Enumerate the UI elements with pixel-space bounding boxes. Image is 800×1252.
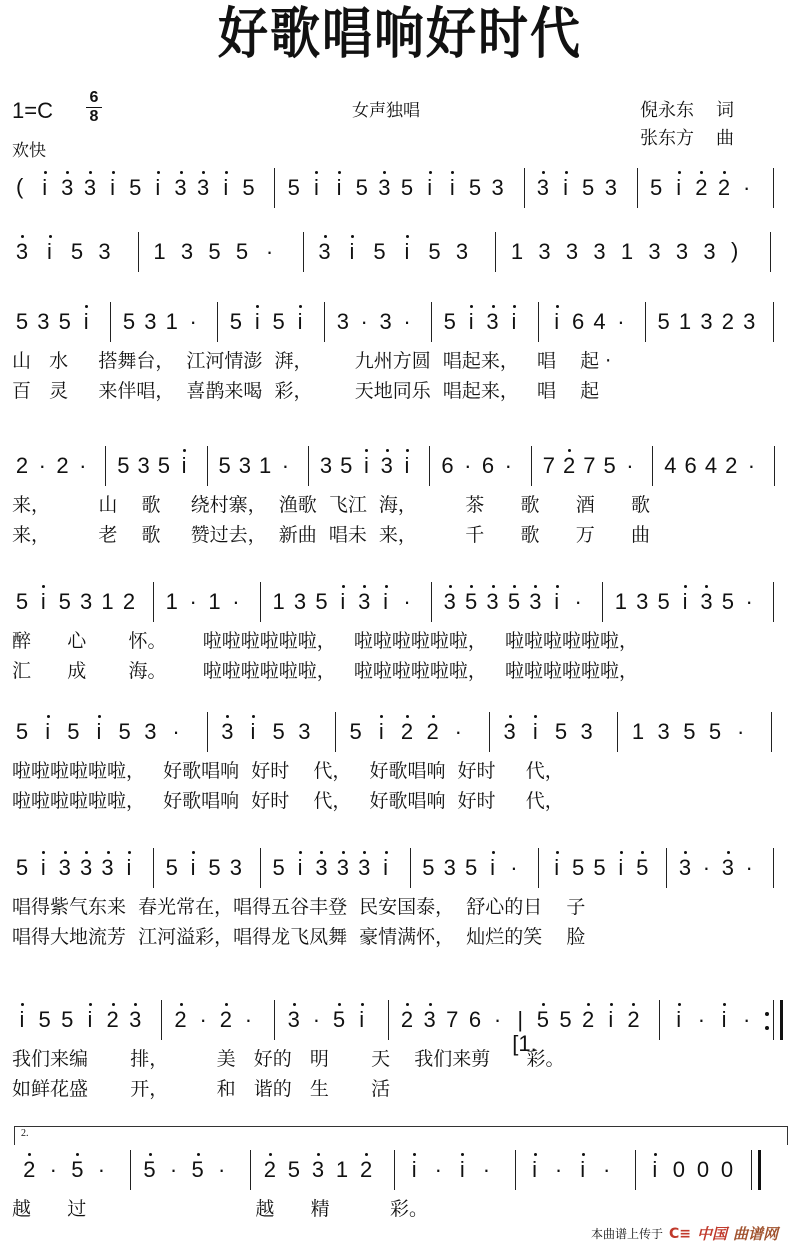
note: 5 <box>117 720 133 744</box>
note: 3 <box>237 454 253 478</box>
note: i <box>716 1008 732 1032</box>
note: 5 <box>37 1008 53 1032</box>
dot-extension: · <box>214 1158 230 1182</box>
note: 3 <box>379 454 395 478</box>
note: 5 <box>217 454 233 478</box>
lyric-line-1: 越 过 越 精 彩。 <box>12 1194 428 1221</box>
note: 2 <box>21 1158 37 1182</box>
note: 2 <box>561 454 577 478</box>
performance-type: 女声独唱 <box>352 96 420 121</box>
note: i <box>354 1008 370 1032</box>
dot-extension: · <box>45 1158 61 1182</box>
note: 5 <box>313 590 329 614</box>
note: 1 <box>257 454 273 478</box>
note: 3 <box>485 590 501 614</box>
dot-extension: · <box>743 454 759 478</box>
note: 5 <box>271 720 287 744</box>
note: 5 <box>69 240 85 264</box>
note: 5 <box>69 1158 85 1182</box>
note: 5 <box>142 1158 158 1182</box>
parenthesis: ( <box>16 174 23 200</box>
note: 3 <box>537 240 553 264</box>
note: 6 <box>440 454 456 478</box>
note: 3 <box>127 1008 143 1032</box>
barline <box>659 1000 660 1040</box>
note: 5 <box>553 720 569 744</box>
note: i <box>344 240 360 264</box>
note: 2 <box>105 1008 121 1032</box>
note: 5 <box>681 720 697 744</box>
note: 2 <box>218 1008 234 1032</box>
note: 2 <box>425 720 441 744</box>
note: 3 <box>179 240 195 264</box>
barline <box>770 232 771 272</box>
note: 3 <box>720 856 736 880</box>
note: 2 <box>580 1008 596 1032</box>
barline <box>105 446 106 486</box>
dot-extension: · <box>262 240 278 264</box>
barline <box>388 1000 389 1040</box>
note: 3 <box>78 590 94 614</box>
dot-extension: · <box>168 720 184 744</box>
note: 5 <box>14 310 30 334</box>
dot-extension: · <box>277 454 293 478</box>
barline <box>617 712 618 752</box>
parenthesis: ) <box>731 238 738 264</box>
dot-extension: · <box>478 1158 494 1182</box>
barline <box>260 848 261 888</box>
barline <box>515 1150 516 1190</box>
note: 1 <box>619 240 635 264</box>
barline <box>410 848 411 888</box>
note: 3 <box>656 720 672 744</box>
note: 5 <box>164 856 180 880</box>
barline <box>161 1000 162 1040</box>
barline <box>260 582 261 622</box>
note: 5 <box>372 240 388 264</box>
note: 3 <box>356 856 372 880</box>
note: i <box>422 176 438 200</box>
time-signature: 6 8 <box>86 90 102 125</box>
barline <box>538 848 539 888</box>
note: i <box>558 176 574 200</box>
note: i <box>150 176 166 200</box>
barline <box>335 712 336 752</box>
note: i <box>613 856 629 880</box>
meter-top: 6 <box>86 90 102 106</box>
note: i <box>91 720 107 744</box>
barline <box>274 168 275 208</box>
note: 2 <box>693 176 709 200</box>
dot-extension: · <box>308 1008 324 1032</box>
dot-extension: · <box>399 310 415 334</box>
note: 1 <box>164 310 180 334</box>
note: 2 <box>55 454 71 478</box>
barline <box>773 168 774 208</box>
note: 5 <box>634 856 650 880</box>
note: 3 <box>454 240 470 264</box>
note: 3 <box>592 240 608 264</box>
note: 3 <box>335 856 351 880</box>
rest: 0 <box>671 1158 687 1182</box>
note: 3 <box>502 720 518 744</box>
note: 3 <box>422 1008 438 1032</box>
note: 3 <box>57 856 73 880</box>
note: i <box>373 720 389 744</box>
note: 1 <box>100 590 116 614</box>
note: 5 <box>580 176 596 200</box>
note: 5 <box>57 310 73 334</box>
notation-line: 5i53121·1·135i3i·35353i·135i35· <box>0 582 800 622</box>
lyricist-role: 词 <box>716 100 734 121</box>
note: i <box>292 856 308 880</box>
note: 3 <box>195 176 211 200</box>
volta-label: 2. <box>21 1128 29 1139</box>
lyric-line-1: 啦啦啦啦啦啦， 好歌唱响 好时 代， 好歌唱响 好时 代， <box>12 756 564 783</box>
barline <box>207 446 208 486</box>
note: 5 <box>463 856 479 880</box>
barline <box>394 1150 395 1190</box>
composer-name: 张东方 <box>640 128 694 149</box>
repeat-dots <box>765 1010 769 1034</box>
note: 3 <box>741 310 757 334</box>
note: 2 <box>399 720 415 744</box>
note: i <box>308 176 324 200</box>
note: i <box>35 590 51 614</box>
lyric-line-2: 啦啦啦啦啦啦， 好歌唱响 好时 代， 好歌唱响 好时 代， <box>12 786 564 813</box>
note: 3 <box>579 720 595 744</box>
note: i <box>292 310 308 334</box>
lyricist-credit: 倪永东词 <box>640 96 734 122</box>
notation-line: (i33i5i33i55ii535ii533i535i22· <box>0 168 800 208</box>
notation-line: 5i5i53·3i535i22·3i531355· <box>0 712 800 752</box>
note: 5 <box>506 590 522 614</box>
barline <box>217 302 218 342</box>
note: 3 <box>219 720 235 744</box>
note: 5 <box>656 590 672 614</box>
note: 2 <box>121 590 137 614</box>
note: i <box>378 856 394 880</box>
note: 2 <box>399 1008 415 1032</box>
note: i <box>185 856 201 880</box>
dot-extension: · <box>240 1008 256 1032</box>
note: 3 <box>485 310 501 334</box>
note: i <box>42 240 58 264</box>
note: 2 <box>358 1158 374 1182</box>
dot-extension: · <box>506 856 522 880</box>
barline <box>110 302 111 342</box>
note: i <box>176 454 192 478</box>
note: i <box>37 176 53 200</box>
note: i <box>399 454 415 478</box>
barline <box>207 712 208 752</box>
note: 3 <box>535 176 551 200</box>
barline <box>250 1150 251 1190</box>
note: 5 <box>14 590 30 614</box>
dot-extension: · <box>450 720 466 744</box>
barline <box>771 712 772 752</box>
note: 5 <box>234 240 250 264</box>
note: 6 <box>683 454 699 478</box>
note: i <box>575 1158 591 1182</box>
barline <box>303 232 304 272</box>
note: 2 <box>262 1158 278 1182</box>
barline <box>773 582 774 622</box>
note: 3 <box>173 176 189 200</box>
note: 5 <box>121 310 137 334</box>
dot-extension: · <box>739 1008 755 1032</box>
note: i <box>78 310 94 334</box>
barline <box>431 582 432 622</box>
note: 3 <box>286 1008 302 1032</box>
barline <box>138 232 139 272</box>
notation-line: 3i531355·3i5i5313331333) <box>0 232 800 272</box>
note: 3 <box>647 240 663 264</box>
dot-extension: · <box>228 590 244 614</box>
note: 4 <box>592 310 608 334</box>
composer-credit: 张东方曲 <box>640 124 734 150</box>
note: 3 <box>292 590 308 614</box>
barline <box>637 168 638 208</box>
note: 3 <box>378 310 394 334</box>
site-brand-a: 中国 <box>697 1223 727 1244</box>
note: 3 <box>59 176 75 200</box>
note: 3 <box>356 590 372 614</box>
notation-line: 2·2·535i531·35i3i6·6·7275·4642· <box>0 446 800 486</box>
note: 5 <box>228 310 244 334</box>
barline <box>773 848 774 888</box>
dot-extension: · <box>430 1158 446 1182</box>
note: 1 <box>164 590 180 614</box>
note: 1 <box>509 240 525 264</box>
barline <box>602 582 603 622</box>
note: 2 <box>723 454 739 478</box>
note: i <box>549 856 565 880</box>
note: 5 <box>271 310 287 334</box>
note: i <box>671 176 687 200</box>
note: 6 <box>467 1008 483 1032</box>
note: i <box>121 856 137 880</box>
note: 1 <box>207 590 223 614</box>
lyric-line-2: 如鲜花盛 开， 和 谐的 生 活 <box>12 1074 390 1101</box>
note: 5 <box>59 1008 75 1032</box>
note: 3 <box>527 590 543 614</box>
note: i <box>105 176 121 200</box>
notation-line: i55i232·2·3·5i2376·|[1.552i2i·i· <box>0 1000 800 1040</box>
note: i <box>335 590 351 614</box>
note: 5 <box>207 856 223 880</box>
lyric-line-2: 百 灵 来伴唱， 喜鹊来喝 彩， 天地同乐 唱起来， 唱 起 <box>12 376 599 403</box>
note: 1 <box>677 310 693 334</box>
note: 3 <box>442 856 458 880</box>
note: 3 <box>603 176 619 200</box>
note: 5 <box>648 176 664 200</box>
barline <box>524 168 525 208</box>
note: i <box>485 856 501 880</box>
note: 5 <box>65 720 81 744</box>
note: 5 <box>354 176 370 200</box>
barline <box>130 1150 131 1190</box>
note: 3 <box>82 176 98 200</box>
dot-extension: · <box>34 454 50 478</box>
note: i <box>463 310 479 334</box>
note: 5 <box>286 176 302 200</box>
note: i <box>245 720 261 744</box>
dot-extension: · <box>356 310 372 334</box>
barline <box>538 302 539 342</box>
dot-extension: · <box>613 310 629 334</box>
meter-bottom: 8 <box>86 109 102 125</box>
note: 1 <box>334 1158 350 1182</box>
tempo-marking: 欢快 <box>12 136 46 161</box>
note: 5 <box>115 454 131 478</box>
note: i <box>40 720 56 744</box>
note: 1 <box>630 720 646 744</box>
note: 6 <box>480 454 496 478</box>
barline <box>324 302 325 342</box>
note: 7 <box>444 1008 460 1032</box>
note: 5 <box>656 310 672 334</box>
note: 5 <box>156 454 172 478</box>
dot-extension: · <box>741 590 757 614</box>
dot-extension: · <box>500 454 516 478</box>
note: 3 <box>698 590 714 614</box>
note: 3 <box>136 454 152 478</box>
note: 5 <box>558 1008 574 1032</box>
note: i <box>82 1008 98 1032</box>
note: 5 <box>420 856 436 880</box>
note: 2 <box>716 176 732 200</box>
note: 6 <box>570 310 586 334</box>
note: i <box>14 1008 30 1032</box>
barline <box>774 446 775 486</box>
note: 3 <box>14 240 30 264</box>
note: 1 <box>152 240 168 264</box>
barline <box>645 302 646 342</box>
note: 3 <box>442 590 458 614</box>
note: 3 <box>674 240 690 264</box>
rest: 0 <box>719 1158 735 1182</box>
dot-extension: · <box>622 454 638 478</box>
barline <box>495 232 496 272</box>
dot-extension: · <box>490 1008 506 1032</box>
note: 3 <box>698 310 714 334</box>
lyric-line-1: 唱得紫气东来 春光常在，唱得五谷丰登 民安国泰， 舒心的日 子 <box>12 892 585 919</box>
barline <box>531 446 532 486</box>
note: 1 <box>613 590 629 614</box>
note: i <box>406 1158 422 1182</box>
note: 5 <box>592 856 608 880</box>
dot-extension: · <box>195 1008 211 1032</box>
note: 2 <box>14 454 30 478</box>
note: i <box>527 1158 543 1182</box>
note: 5 <box>570 856 586 880</box>
note: 3 <box>376 176 392 200</box>
barline <box>773 302 774 342</box>
watermark: 本曲谱上传于 C≡ 中国曲谱网 <box>591 1223 778 1244</box>
barline <box>153 582 154 622</box>
volta-bracket: 2. <box>14 1126 788 1145</box>
barline <box>431 302 432 342</box>
note: 5 <box>463 590 479 614</box>
note: 3 <box>35 310 51 334</box>
lyric-line-2: 唱得大地流芳 江河溢彩，唱得龙飞凤舞 豪情满怀， 灿烂的笑 脸 <box>12 922 585 949</box>
note: 3 <box>677 856 693 880</box>
note: i <box>331 176 347 200</box>
note: 3 <box>78 856 94 880</box>
note: i <box>527 720 543 744</box>
note: 7 <box>581 454 597 478</box>
note: 2 <box>173 1008 189 1032</box>
key-signature: 1=C <box>12 98 53 124</box>
notation-line: 2.2·5·5·5·25312i·i·i·i·i000 <box>0 1150 800 1190</box>
dot-extension: · <box>739 176 755 200</box>
note: i <box>647 1158 663 1182</box>
note: 1 <box>271 590 287 614</box>
note: 5 <box>442 310 458 334</box>
barline <box>489 712 490 752</box>
barline <box>153 848 154 888</box>
lyric-line-2: 汇 成 海。 啦啦啦啦啦啦， 啦啦啦啦啦啦， 啦啦啦啦啦啦， <box>12 656 638 683</box>
dot-extension: · <box>75 454 91 478</box>
lyric-line-1: 我们来编 排， 美 好的 明 天 我们来剪 彩。 <box>12 1044 565 1071</box>
note: i <box>218 176 234 200</box>
note: 5 <box>14 856 30 880</box>
note: 5 <box>207 240 223 264</box>
note: i <box>549 590 565 614</box>
note: 5 <box>720 590 736 614</box>
note: 3 <box>142 720 158 744</box>
note: 5 <box>14 720 30 744</box>
dot-extension: · <box>741 856 757 880</box>
note: i <box>249 310 265 334</box>
dot-extension: · <box>570 590 586 614</box>
note: 5 <box>190 1158 206 1182</box>
song-title: 好歌唱响好时代 <box>0 1 800 67</box>
note: 5 <box>271 856 287 880</box>
note: i <box>444 176 460 200</box>
lyric-line-2: 来， 老 歌 赞过去， 新曲 唱未 来， 千 歌 万 曲 <box>12 520 650 547</box>
note: 5 <box>707 720 723 744</box>
dot-extension: · <box>733 720 749 744</box>
rest: 0 <box>695 1158 711 1182</box>
note: 3 <box>313 856 329 880</box>
note: 2 <box>720 310 736 334</box>
composer-role: 曲 <box>716 128 734 149</box>
notation-line: 535i531·5i5i3·3·5i3ii64·51323 <box>0 302 800 342</box>
note: 5 <box>602 454 618 478</box>
dot-extension: · <box>185 590 201 614</box>
note: i <box>506 310 522 334</box>
note: 3 <box>564 240 580 264</box>
note: i <box>358 454 374 478</box>
note: 3 <box>702 240 718 264</box>
barline <box>308 446 309 486</box>
dot-extension: · <box>460 454 476 478</box>
note: 2 <box>625 1008 641 1032</box>
note: 3 <box>296 720 312 744</box>
dot-extension: · <box>399 590 415 614</box>
note: 5 <box>240 176 256 200</box>
barline <box>429 446 430 486</box>
barline <box>666 848 667 888</box>
watermark-text: 本曲谱上传于 <box>591 1225 663 1242</box>
notation-line: 5i333i5i535i333i535i·i55i53·3· <box>0 848 800 888</box>
note: 7 <box>541 454 557 478</box>
note: 5 <box>348 720 364 744</box>
note: i <box>671 1008 687 1032</box>
final-barline <box>751 1150 761 1190</box>
